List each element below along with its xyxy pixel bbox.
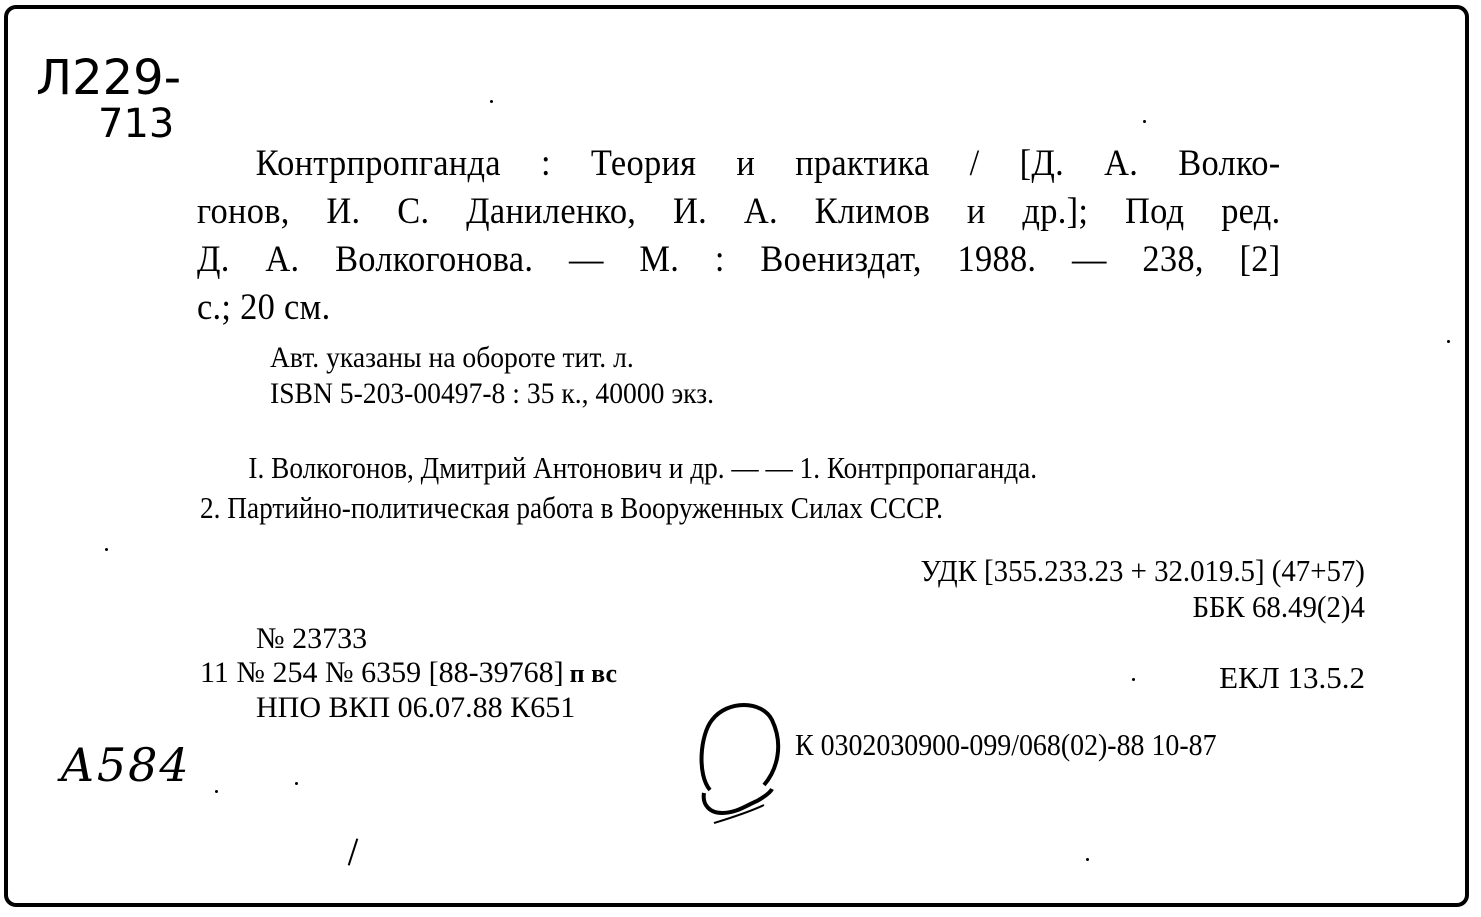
punch-hole-icon <box>692 695 782 825</box>
tracings-block: I. Волкогонов, Дмитрий Антонович и др. —… <box>200 448 1037 528</box>
speck <box>1132 678 1135 681</box>
speck <box>215 790 218 793</box>
card-number: № 23733 <box>200 622 617 656</box>
notes-block: Авт. указаны на обороте тит. л. ISBN 5-2… <box>270 340 714 412</box>
main-entry-line: с.; 20 см. <box>197 284 1280 332</box>
print-info-line: 11 № 254 № 6359 [88-39768]п вс <box>200 656 617 691</box>
speck <box>105 548 108 551</box>
bbk-code: ББК 68.49(2)4 <box>921 589 1365 625</box>
speck <box>1086 858 1089 861</box>
call-number-line2: 713 <box>36 101 181 147</box>
annotation-code: К 0302030900-099/068(02)-88 10-87 <box>795 727 1217 763</box>
print-info: 11 № 254 № 6359 [88-39768] <box>200 656 564 689</box>
classification-block: УДК [355.233.23 + 32.019.5] (47+57) ББК … <box>921 553 1365 625</box>
speck <box>1447 340 1450 343</box>
registration-numbers: № 23733 11 № 254 № 6359 [88-39768]п вс Н… <box>200 622 617 725</box>
handwritten-call-number: Л229- 713 <box>36 55 181 147</box>
authors-note: Авт. указаны на обороте тит. л. <box>270 340 714 376</box>
ekl-code: ЕКЛ 13.5.2 <box>1219 660 1365 696</box>
print-suffix: п вс <box>570 659 617 688</box>
tracing-line: I. Волкогонов, Дмитрий Антонович и др. —… <box>200 448 1037 488</box>
bibliographic-main-entry: Контрпропганда : Теория и практика / [Д.… <box>197 140 1280 332</box>
main-entry-line: гонов, И. С. Даниленко, И. А. Климов и д… <box>197 188 1280 236</box>
speck <box>1143 120 1146 123</box>
udk-code: УДК [355.233.23 + 32.019.5] (47+57) <box>921 553 1365 589</box>
main-entry-line: Д. А. Волкогонова. — М. : Воениздат, 198… <box>197 236 1280 284</box>
isbn-line: ISBN 5-203-00497-8 : 35 к., 40000 экз. <box>270 376 714 412</box>
main-entry-line: Контрпропганда : Теория и практика / [Д.… <box>197 140 1280 188</box>
npo-line: НПО ВКП 06.07.88 К651 <box>200 691 617 725</box>
call-number-line1: Л229- <box>36 50 181 106</box>
handwritten-inventory-number: А584 <box>60 738 191 792</box>
speck <box>295 782 298 785</box>
tracing-line: 2. Партийно-политическая работа в Вооруж… <box>200 490 943 525</box>
speck <box>490 100 493 103</box>
